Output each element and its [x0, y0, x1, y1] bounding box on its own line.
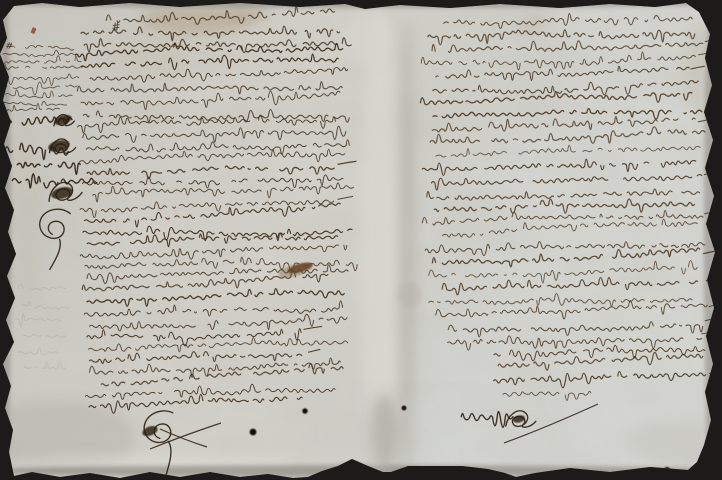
black-spot	[302, 408, 307, 413]
black-spot	[402, 406, 407, 411]
manuscript-artwork: ##	[0, 0, 722, 480]
manuscript-paper: ##	[0, 0, 722, 480]
paper-grain-texture	[0, 0, 722, 480]
black-spot	[250, 429, 257, 436]
document-scan: ##	[0, 0, 722, 480]
